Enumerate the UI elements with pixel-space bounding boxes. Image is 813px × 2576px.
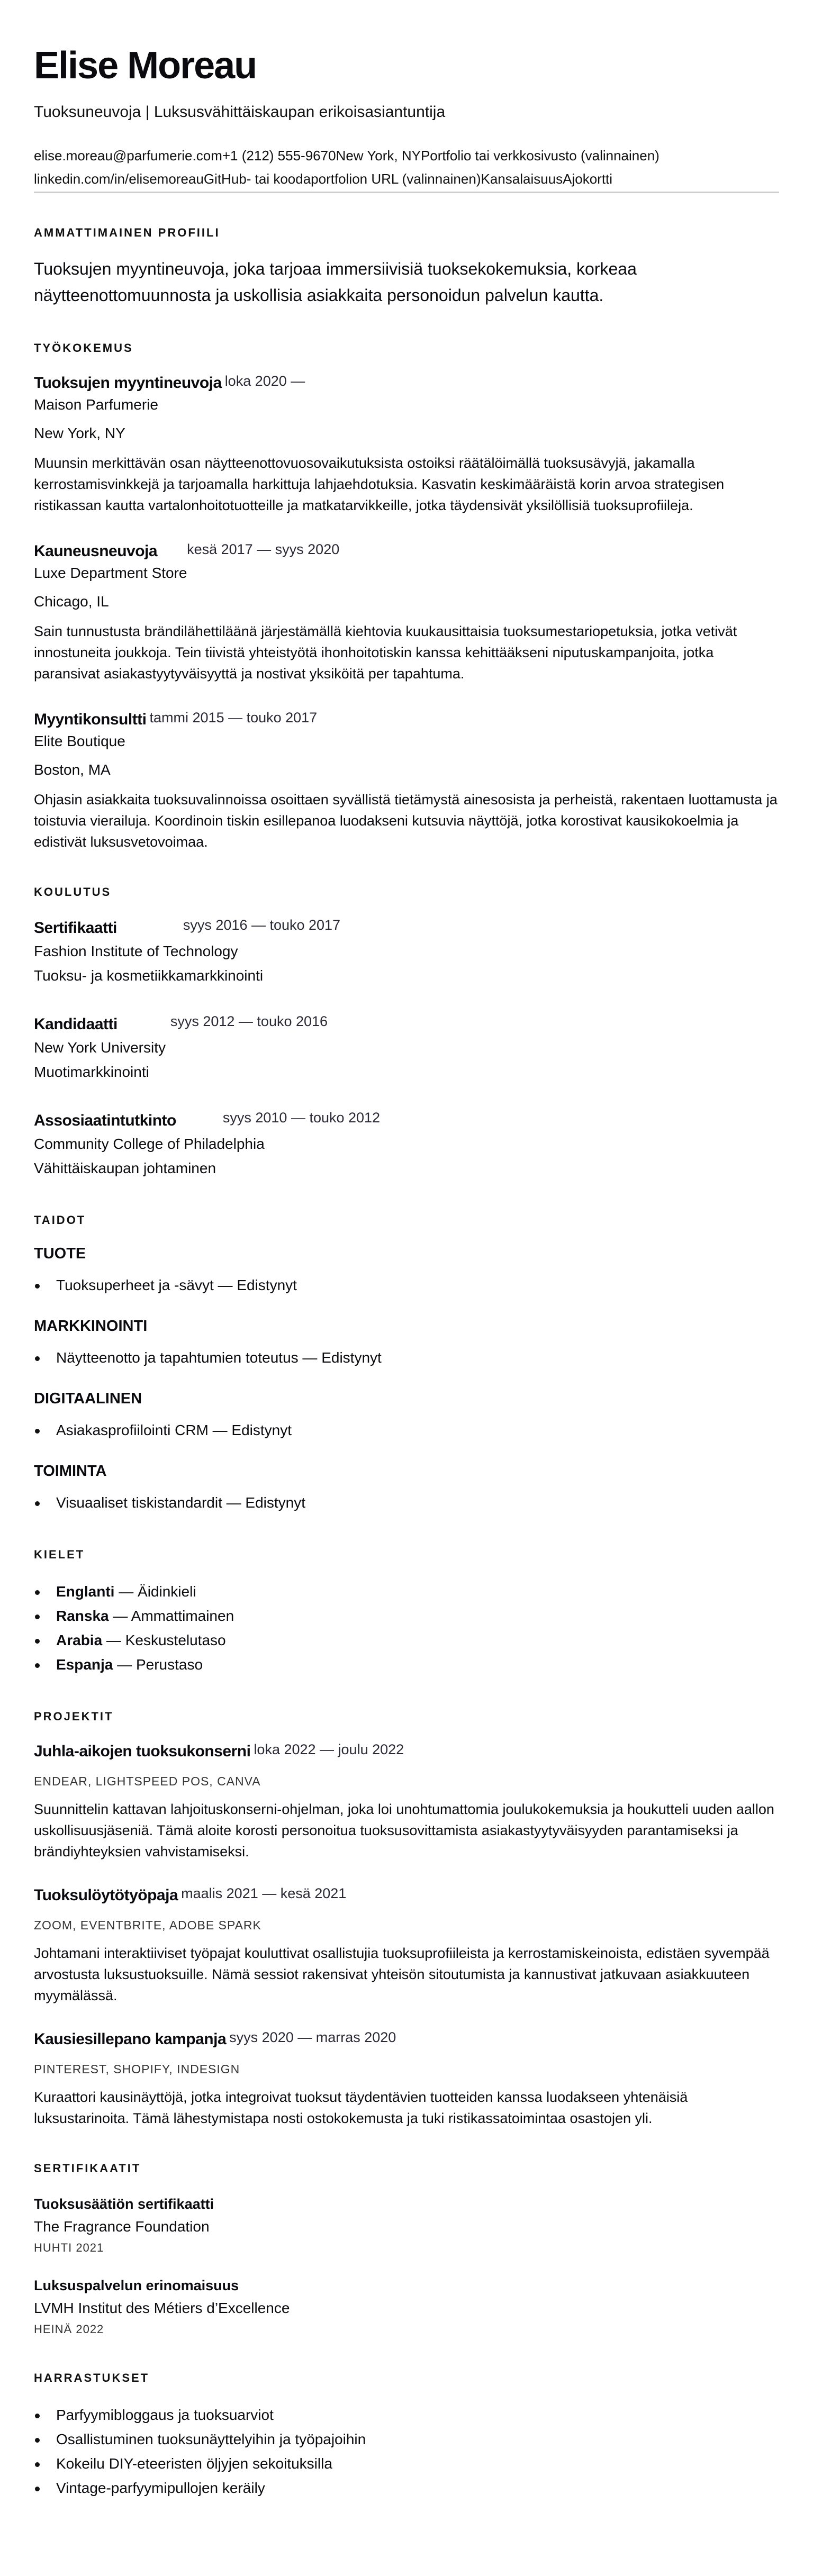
job-title: Tuoksujen myyntineuvoja (34, 373, 222, 393)
section-title: Työkokemus (34, 341, 779, 355)
hobbies-section: Harrastukset Parfyymibloggaus ja tuoksua… (34, 2371, 779, 2500)
project-entry: Tuoksulöytötyöpaja maalis 2021 — kesä 20… (34, 1885, 779, 2006)
header-divider (34, 192, 779, 193)
section-title: Taidot (34, 1213, 779, 1227)
certifications-section: Sertifikaatit Tuoksusäätiön sertifikaatt… (34, 2162, 779, 2338)
certification-title: Tuoksusäätiön sertifikaatti (34, 2193, 779, 2215)
job-entry: Tuoksujen myyntineuvoja loka 2020 — Mais… (34, 373, 779, 516)
language-name: Englanti (56, 1583, 114, 1600)
job-company: Maison Parfumerie (34, 393, 779, 416)
portfolio-link[interactable]: Portfolio tai verkkosivusto (valinnainen… (421, 148, 660, 164)
language-item: Englanti — Äidinkieli (34, 1580, 779, 1604)
project-dates: loka 2022 — joulu 2022 (254, 1741, 404, 1757)
certification-entry: Tuoksusäätiön sertifikaatti The Fragranc… (34, 2193, 779, 2257)
skill-category: DIGITAALINEN (34, 1390, 779, 1408)
project-title: Tuoksulöytötyöpaja (34, 1885, 178, 1906)
email-link[interactable]: elise.moreau@parfumerie.com (34, 148, 222, 164)
candidate-headline: Tuoksuneuvoja | Luksusvähittäiskaupan er… (34, 103, 779, 122)
resume-header: Elise Moreau Tuoksuneuvoja | Luksusvähit… (34, 47, 779, 193)
job-location: Boston, MA (34, 758, 779, 782)
job-description: Sain tunnustusta brändilähettiläänä järj… (34, 621, 779, 684)
project-title: Kausiesillepano kampanja (34, 2029, 226, 2049)
project-tech-stack: PINTEREST, SHOPIFY, INDESIGN (34, 2061, 779, 2077)
drivers-license-text: Ajokortti (563, 171, 612, 187)
skills-section: Taidot TUOTE Tuoksuperheet ja -sävyt — E… (34, 1213, 779, 1515)
skill-category: TOIMINTA (34, 1463, 779, 1480)
contact-info: elise.moreau@parfumerie.com+1 (212) 555-… (34, 144, 779, 191)
project-entry: Kausiesillepano kampanja syys 2020 — mar… (34, 2029, 779, 2129)
skill-item: Asiakasprofiilointi CRM — Edistynyt (34, 1418, 779, 1443)
field-of-study: Vähittäiskaupan johtaminen (34, 1156, 779, 1181)
project-title: Juhla-aikojen tuoksukonserni (34, 1741, 250, 1762)
language-level: — Keskustelutaso (102, 1632, 225, 1648)
projects-section: Projektit Juhla-aikojen tuoksukonserni l… (34, 1710, 779, 2129)
job-location: New York, NY (34, 422, 779, 445)
section-title: Ammattimainen profiili (34, 226, 779, 240)
education-dates: syys 2016 — touko 2017 (183, 917, 340, 933)
language-list: Englanti — Äidinkieli Ranska — Ammattima… (34, 1580, 779, 1677)
candidate-name: Elise Moreau (34, 47, 779, 85)
contact-line-1: elise.moreau@parfumerie.com+1 (212) 555-… (34, 144, 779, 167)
contact-line-2: linkedin.com/in/elisemoreauGitHub- tai k… (34, 167, 779, 191)
skill-list: Tuoksuperheet ja -sävyt — Edistynyt (34, 1273, 779, 1298)
institution-name: Fashion Institute of Technology (34, 939, 779, 964)
language-name: Espanja (56, 1656, 113, 1673)
institution-name: Community College of Philadelphia (34, 1132, 779, 1156)
job-description: Muunsin merkittävän osan näytteenottovuo… (34, 452, 779, 516)
project-entry: Juhla-aikojen tuoksukonserni loka 2022 —… (34, 1741, 779, 1862)
project-tech-stack: ZOOM, EVENTBRITE, ADOBE SPARK (34, 1917, 779, 1933)
github-link[interactable]: GitHub- tai koodaportfolion URL (valinna… (204, 171, 481, 187)
location-text: New York, NY (336, 148, 421, 164)
hobby-item: Osallistuminen tuoksunäyttelyihin ja työ… (34, 2427, 779, 2452)
job-company: Luxe Department Store (34, 561, 779, 585)
institution-name: New York University (34, 1036, 779, 1060)
section-title: Projektit (34, 1710, 779, 1724)
language-item: Ranska — Ammattimainen (34, 1604, 779, 1628)
education-entry: Kandidaatti syys 2012 — touko 2016 New Y… (34, 1013, 779, 1084)
profile-summary: Tuoksujen myyntineuvoja, joka tarjoaa im… (34, 256, 722, 309)
job-title: Myyntikonsultti (34, 710, 147, 730)
degree-title: Assosiaatintutkinto (34, 1110, 176, 1132)
certification-issuer: LVMH Institut des Métiers d’Excellence (34, 2296, 779, 2320)
hobby-list: Parfyymibloggaus ja tuoksuarviot Osallis… (34, 2403, 779, 2500)
education-dates: syys 2010 — touko 2012 (223, 1110, 380, 1126)
section-title: Koulutus (34, 885, 779, 899)
certification-issuer: The Fragrance Foundation (34, 2215, 779, 2239)
job-entry: Kauneusneuvoja kesä 2017 — syys 2020 Lux… (34, 541, 779, 684)
project-description: Kuraattori kausinäyttöjä, jotka integroi… (34, 2087, 779, 2129)
skill-item: Tuoksuperheet ja -sävyt — Edistynyt (34, 1273, 779, 1298)
skill-item: Visuaaliset tiskistandardit — Edistynyt (34, 1491, 779, 1515)
project-tech-stack: ENDEAR, LIGHTSPEED POS, CANVA (34, 1773, 779, 1789)
section-title: Kielet (34, 1548, 779, 1562)
job-dates: loka 2020 — (225, 373, 305, 389)
language-name: Ranska (56, 1608, 109, 1624)
language-level: — Äidinkieli (114, 1583, 196, 1600)
experience-section: Työkokemus Tuoksujen myyntineuvoja loka … (34, 341, 779, 852)
certification-date: HUHTI 2021 (34, 2239, 779, 2257)
language-name: Arabia (56, 1632, 102, 1648)
job-dates: tammi 2015 — touko 2017 (150, 710, 318, 725)
skill-category: MARKKINOINTI (34, 1318, 779, 1335)
skill-item: Näytteenotto ja tapahtumien toteutus — E… (34, 1346, 779, 1370)
project-description: Suunnittelin kattavan lahjoituskonserni-… (34, 1799, 779, 1862)
linkedin-link[interactable]: linkedin.com/in/elisemoreau (34, 171, 204, 187)
job-company: Elite Boutique (34, 730, 779, 753)
skill-category: TUOTE (34, 1245, 779, 1263)
project-description: Johtamani interaktiiviset työpajat koulu… (34, 1943, 779, 2006)
field-of-study: Muotimarkkinointi (34, 1060, 779, 1084)
phone-link[interactable]: +1 (212) 555-9670 (222, 148, 336, 164)
education-entry: Sertifikaatti syys 2016 — touko 2017 Fas… (34, 917, 779, 988)
citizenship-text: Kansalaisuus (481, 171, 563, 187)
section-title: Harrastukset (34, 2371, 779, 2385)
skill-list: Visuaaliset tiskistandardit — Edistynyt (34, 1491, 779, 1515)
job-description: Ohjasin asiakkaita tuoksuvalinnoissa oso… (34, 789, 779, 852)
language-item: Arabia — Keskustelutaso (34, 1628, 779, 1653)
degree-title: Sertifikaatti (34, 917, 117, 939)
language-item: Espanja — Perustaso (34, 1653, 779, 1677)
languages-section: Kielet Englanti — Äidinkieli Ranska — Am… (34, 1548, 779, 1677)
job-location: Chicago, IL (34, 590, 779, 613)
field-of-study: Tuoksu- ja kosmetiikkamarkkinointi (34, 964, 779, 988)
job-entry: Myyntikonsultti tammi 2015 — touko 2017 … (34, 710, 779, 852)
job-dates: kesä 2017 — syys 2020 (187, 541, 339, 557)
project-dates: maalis 2021 — kesä 2021 (181, 1885, 346, 1901)
project-dates: syys 2020 — marras 2020 (229, 2029, 396, 2045)
certification-entry: Luksuspalvelun erinomaisuus LVMH Institu… (34, 2275, 779, 2338)
language-level: — Ammattimainen (109, 1608, 234, 1624)
job-title: Kauneusneuvoja (34, 541, 157, 561)
education-dates: syys 2012 — touko 2016 (170, 1013, 328, 1029)
hobby-item: Vintage-parfyymipullojen keräily (34, 2476, 779, 2500)
skill-list: Asiakasprofiilointi CRM — Edistynyt (34, 1418, 779, 1443)
skill-list: Näytteenotto ja tapahtumien toteutus — E… (34, 1346, 779, 1370)
hobby-item: Kokeilu DIY-eteeristen öljyjen sekoituks… (34, 2452, 779, 2476)
language-level: — Perustaso (113, 1656, 203, 1673)
degree-title: Kandidaatti (34, 1013, 118, 1036)
certification-title: Luksuspalvelun erinomaisuus (34, 2275, 779, 2296)
education-entry: Assosiaatintutkinto syys 2010 — touko 20… (34, 1110, 779, 1181)
profile-section: Ammattimainen profiili Tuoksujen myyntin… (34, 226, 779, 309)
hobby-item: Parfyymibloggaus ja tuoksuarviot (34, 2403, 779, 2427)
certification-date: HEINÄ 2022 (34, 2320, 779, 2338)
section-title: Sertifikaatit (34, 2162, 779, 2175)
resume-page: Elise Moreau Tuoksuneuvoja | Luksusvähit… (0, 0, 813, 2552)
education-section: Koulutus Sertifikaatti syys 2016 — touko… (34, 885, 779, 1181)
